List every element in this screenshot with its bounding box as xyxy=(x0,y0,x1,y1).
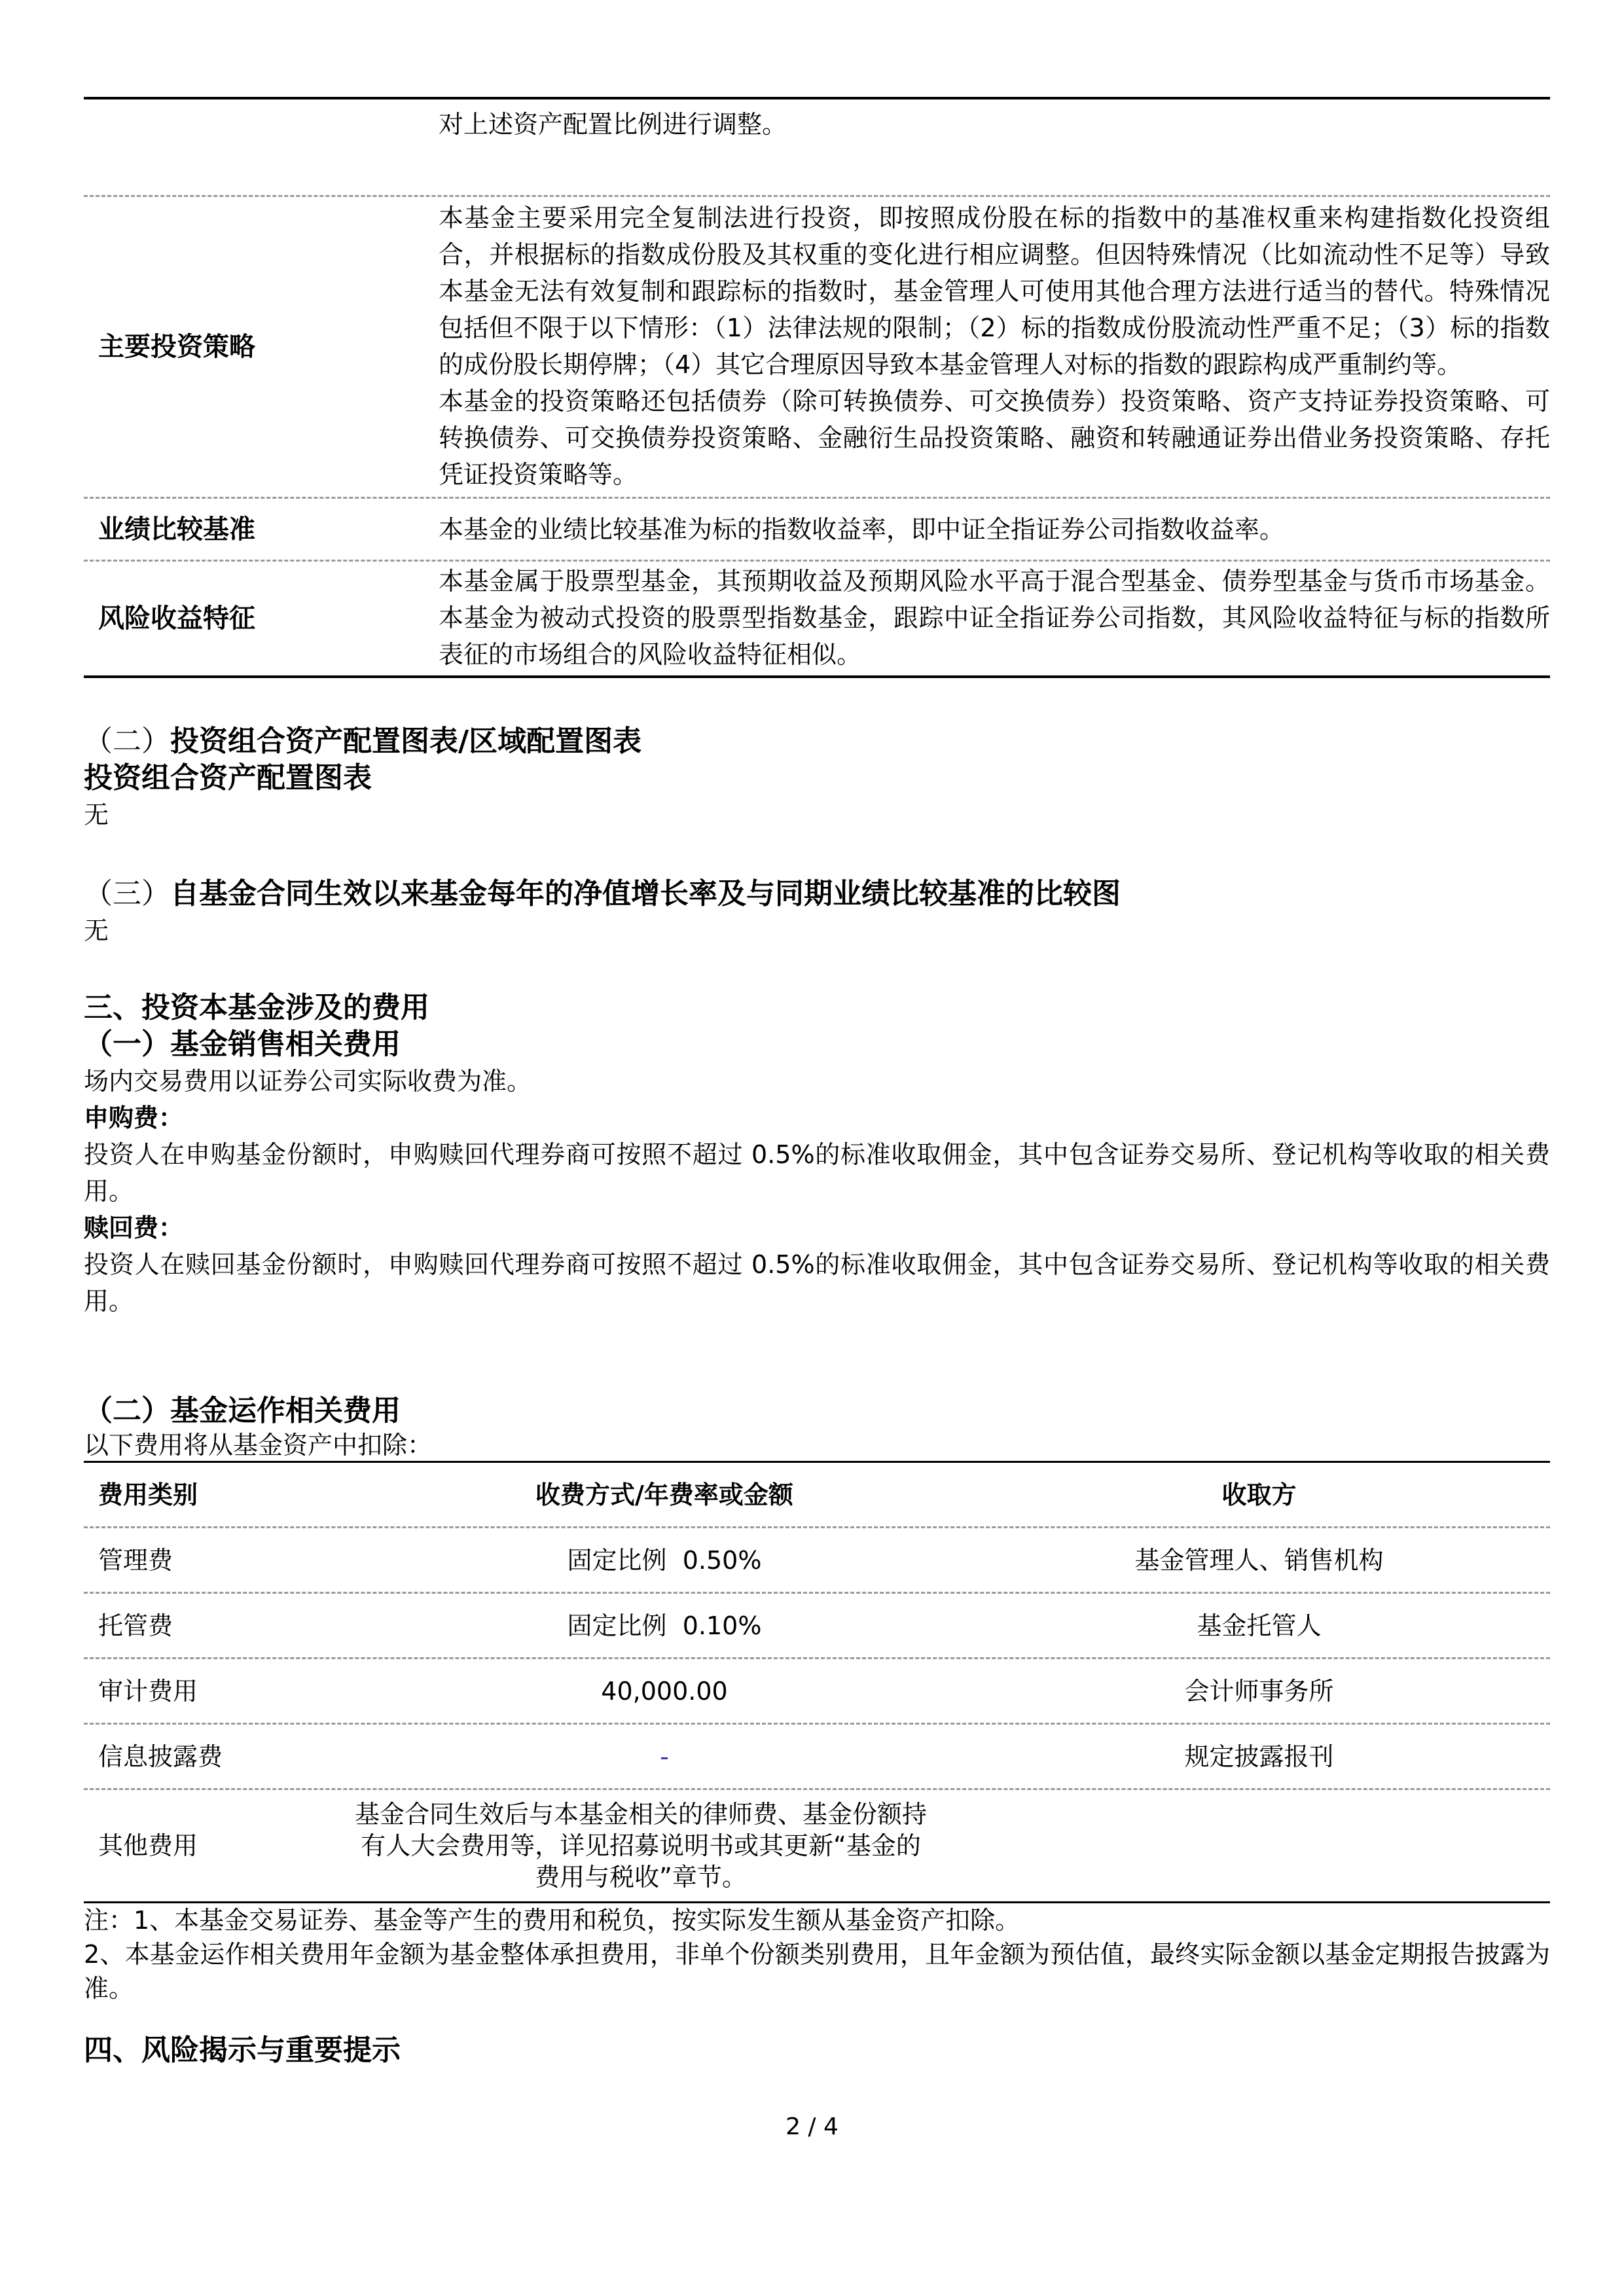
column-header: 收取方 xyxy=(968,1463,1550,1526)
row-key-strategy: 主要投资策略 xyxy=(84,197,439,497)
table-row: 管理费 固定比例 0.50% 基金管理人、销售机构 xyxy=(84,1528,1550,1592)
subscription-fee-label: 申购费： xyxy=(84,1100,1550,1136)
table-row: 审计费用 40,000.00 会计师事务所 xyxy=(84,1659,1550,1723)
benchmark-text: 本基金的业绩比较基准为标的指数收益率，即中证全指证券公司指数收益率。 xyxy=(439,511,1550,548)
table-row: 托管费 固定比例 0.10% 基金托管人 xyxy=(84,1594,1550,1657)
asset-allocation-section: （二）投资组合资产配置图表/区域配置图表 投资组合资产配置图表 无 xyxy=(84,723,1550,833)
column-header: 收费方式/年费率或金额 xyxy=(361,1463,968,1526)
table-row: 风险收益特征 本基金属于股票型基金，其预期收益及预期风险水平高于混合型基金、债券… xyxy=(84,562,1550,675)
fee-rate: - xyxy=(361,1725,968,1788)
row-value: 对上述资产配置比例进行调整。 xyxy=(439,106,1550,143)
page-number: 2 / 4 xyxy=(0,2111,1624,2144)
fee-type: 其他费用 xyxy=(84,1790,361,1901)
fees-heading: 三、投资本基金涉及的费用 xyxy=(84,990,1550,1026)
row-key-risk: 风险收益特征 xyxy=(84,562,439,675)
fee-payee xyxy=(968,1790,1550,1901)
strategy-text-2: 本基金的投资策略还包括债券（除可转换债券、可交换债券）投资策略、资产支持证券投资… xyxy=(439,383,1550,493)
table-row: 业绩比较基准 本基金的业绩比较基准为标的指数收益率，即中证全指证券公司指数收益率… xyxy=(84,499,1550,560)
fee-table-header: 费用类别 收费方式/年费率或金额 收取方 xyxy=(84,1463,1550,1526)
fee-rate: 40,000.00 xyxy=(361,1659,968,1723)
fee-type: 审计费用 xyxy=(84,1659,361,1723)
table-row: 对上述资产配置比例进行调整。 xyxy=(84,99,1550,160)
fee-type: 托管费 xyxy=(84,1594,361,1657)
fee-table: 费用类别 收费方式/年费率或金额 收取方 管理费 固定比例 0.50% 基金管理… xyxy=(84,1463,1550,1901)
fee-payee: 会计师事务所 xyxy=(968,1659,1550,1723)
section-heading: （二）投资组合资产配置图表/区域配置图表 xyxy=(84,723,1550,760)
fees-section: 三、投资本基金涉及的费用 （一）基金销售相关费用 场内交易费用以证券公司实际收费… xyxy=(84,990,1550,1319)
risk-text: 本基金属于股票型基金，其预期收益及预期风险水平高于混合型基金、债券型基金与货币市… xyxy=(439,563,1550,673)
column-header: 费用类别 xyxy=(84,1463,361,1526)
table-row: 主要投资策略 本基金主要采用完全复制法进行投资，即按照成份股在标的指数中的基准权… xyxy=(84,197,1550,497)
risk-disclosure-heading: 四、风险揭示与重要提示 xyxy=(84,2032,401,2069)
sales-fees-heading: （一）基金销售相关费用 xyxy=(84,1026,1550,1063)
fee-rate: 基金合同生效后与本基金相关的律师费、基金份额持有人大会费用等，详见招募说明书或其… xyxy=(353,1799,929,1893)
table-row: 信息披露费 - 规定披露报刊 xyxy=(84,1725,1550,1788)
section-body: 无 xyxy=(84,797,1550,833)
fee-payee: 基金管理人、销售机构 xyxy=(968,1528,1550,1592)
operation-fees-intro: 以下费用将从基金资产中扣除： xyxy=(84,1429,1550,1461)
row-key-benchmark: 业绩比较基准 xyxy=(84,499,439,560)
section-subheading: 投资组合资产配置图表 xyxy=(84,760,1550,797)
fee-note-2: 2、本基金运作相关费用年金额为基金整体承担费用，非单个份额类别费用，且年金额为预… xyxy=(84,1937,1550,2005)
fee-payee: 规定披露报刊 xyxy=(968,1725,1550,1788)
section-body: 无 xyxy=(84,912,1550,949)
table-row: 其他费用 基金合同生效后与本基金相关的律师费、基金份额持有人大会费用等，详见招募… xyxy=(84,1790,1550,1901)
fee-type: 信息披露费 xyxy=(84,1725,361,1788)
section-heading: （三）自基金合同生效以来基金每年的净值增长率及与同期业绩比较基准的比较图 xyxy=(84,876,1550,912)
redemption-fee-text: 投资人在赎回基金份额时，申购赎回代理券商可按照不超过 0.5%的标准收取佣金，其… xyxy=(84,1246,1550,1319)
fee-payee: 基金托管人 xyxy=(968,1594,1550,1657)
strategy-text-1: 本基金主要采用完全复制法进行投资，即按照成份股在标的指数中的基准权重来构建指数化… xyxy=(439,200,1550,383)
redemption-fee-label: 赎回费： xyxy=(84,1210,1550,1246)
fund-overview-table: 对上述资产配置比例进行调整。 主要投资策略 本基金主要采用完全复制法进行投资，即… xyxy=(84,97,1550,678)
table-bottom-rule xyxy=(84,675,1550,678)
fee-note-1: 注：1、本基金交易证券、基金等产生的费用和税负，按实际发生额从基金资产扣除。 xyxy=(84,1903,1550,1937)
fee-rate: 固定比例 0.50% xyxy=(361,1528,968,1592)
subscription-fee-text: 投资人在申购基金份额时，申购赎回代理券商可按照不超过 0.5%的标准收取佣金，其… xyxy=(84,1136,1550,1210)
operation-fees-section: （二）基金运作相关费用 以下费用将从基金资产中扣除： 费用类别 收费方式/年费率… xyxy=(84,1393,1550,2005)
fee-rate: 固定比例 0.10% xyxy=(361,1594,968,1657)
fee-type: 管理费 xyxy=(84,1528,361,1592)
sales-fees-intro: 场内交易费用以证券公司实际收费为准。 xyxy=(84,1063,1550,1100)
performance-chart-section: （三）自基金合同生效以来基金每年的净值增长率及与同期业绩比较基准的比较图 无 xyxy=(84,876,1550,949)
row-key xyxy=(84,99,439,160)
operation-fees-heading: （二）基金运作相关费用 xyxy=(84,1393,1550,1429)
